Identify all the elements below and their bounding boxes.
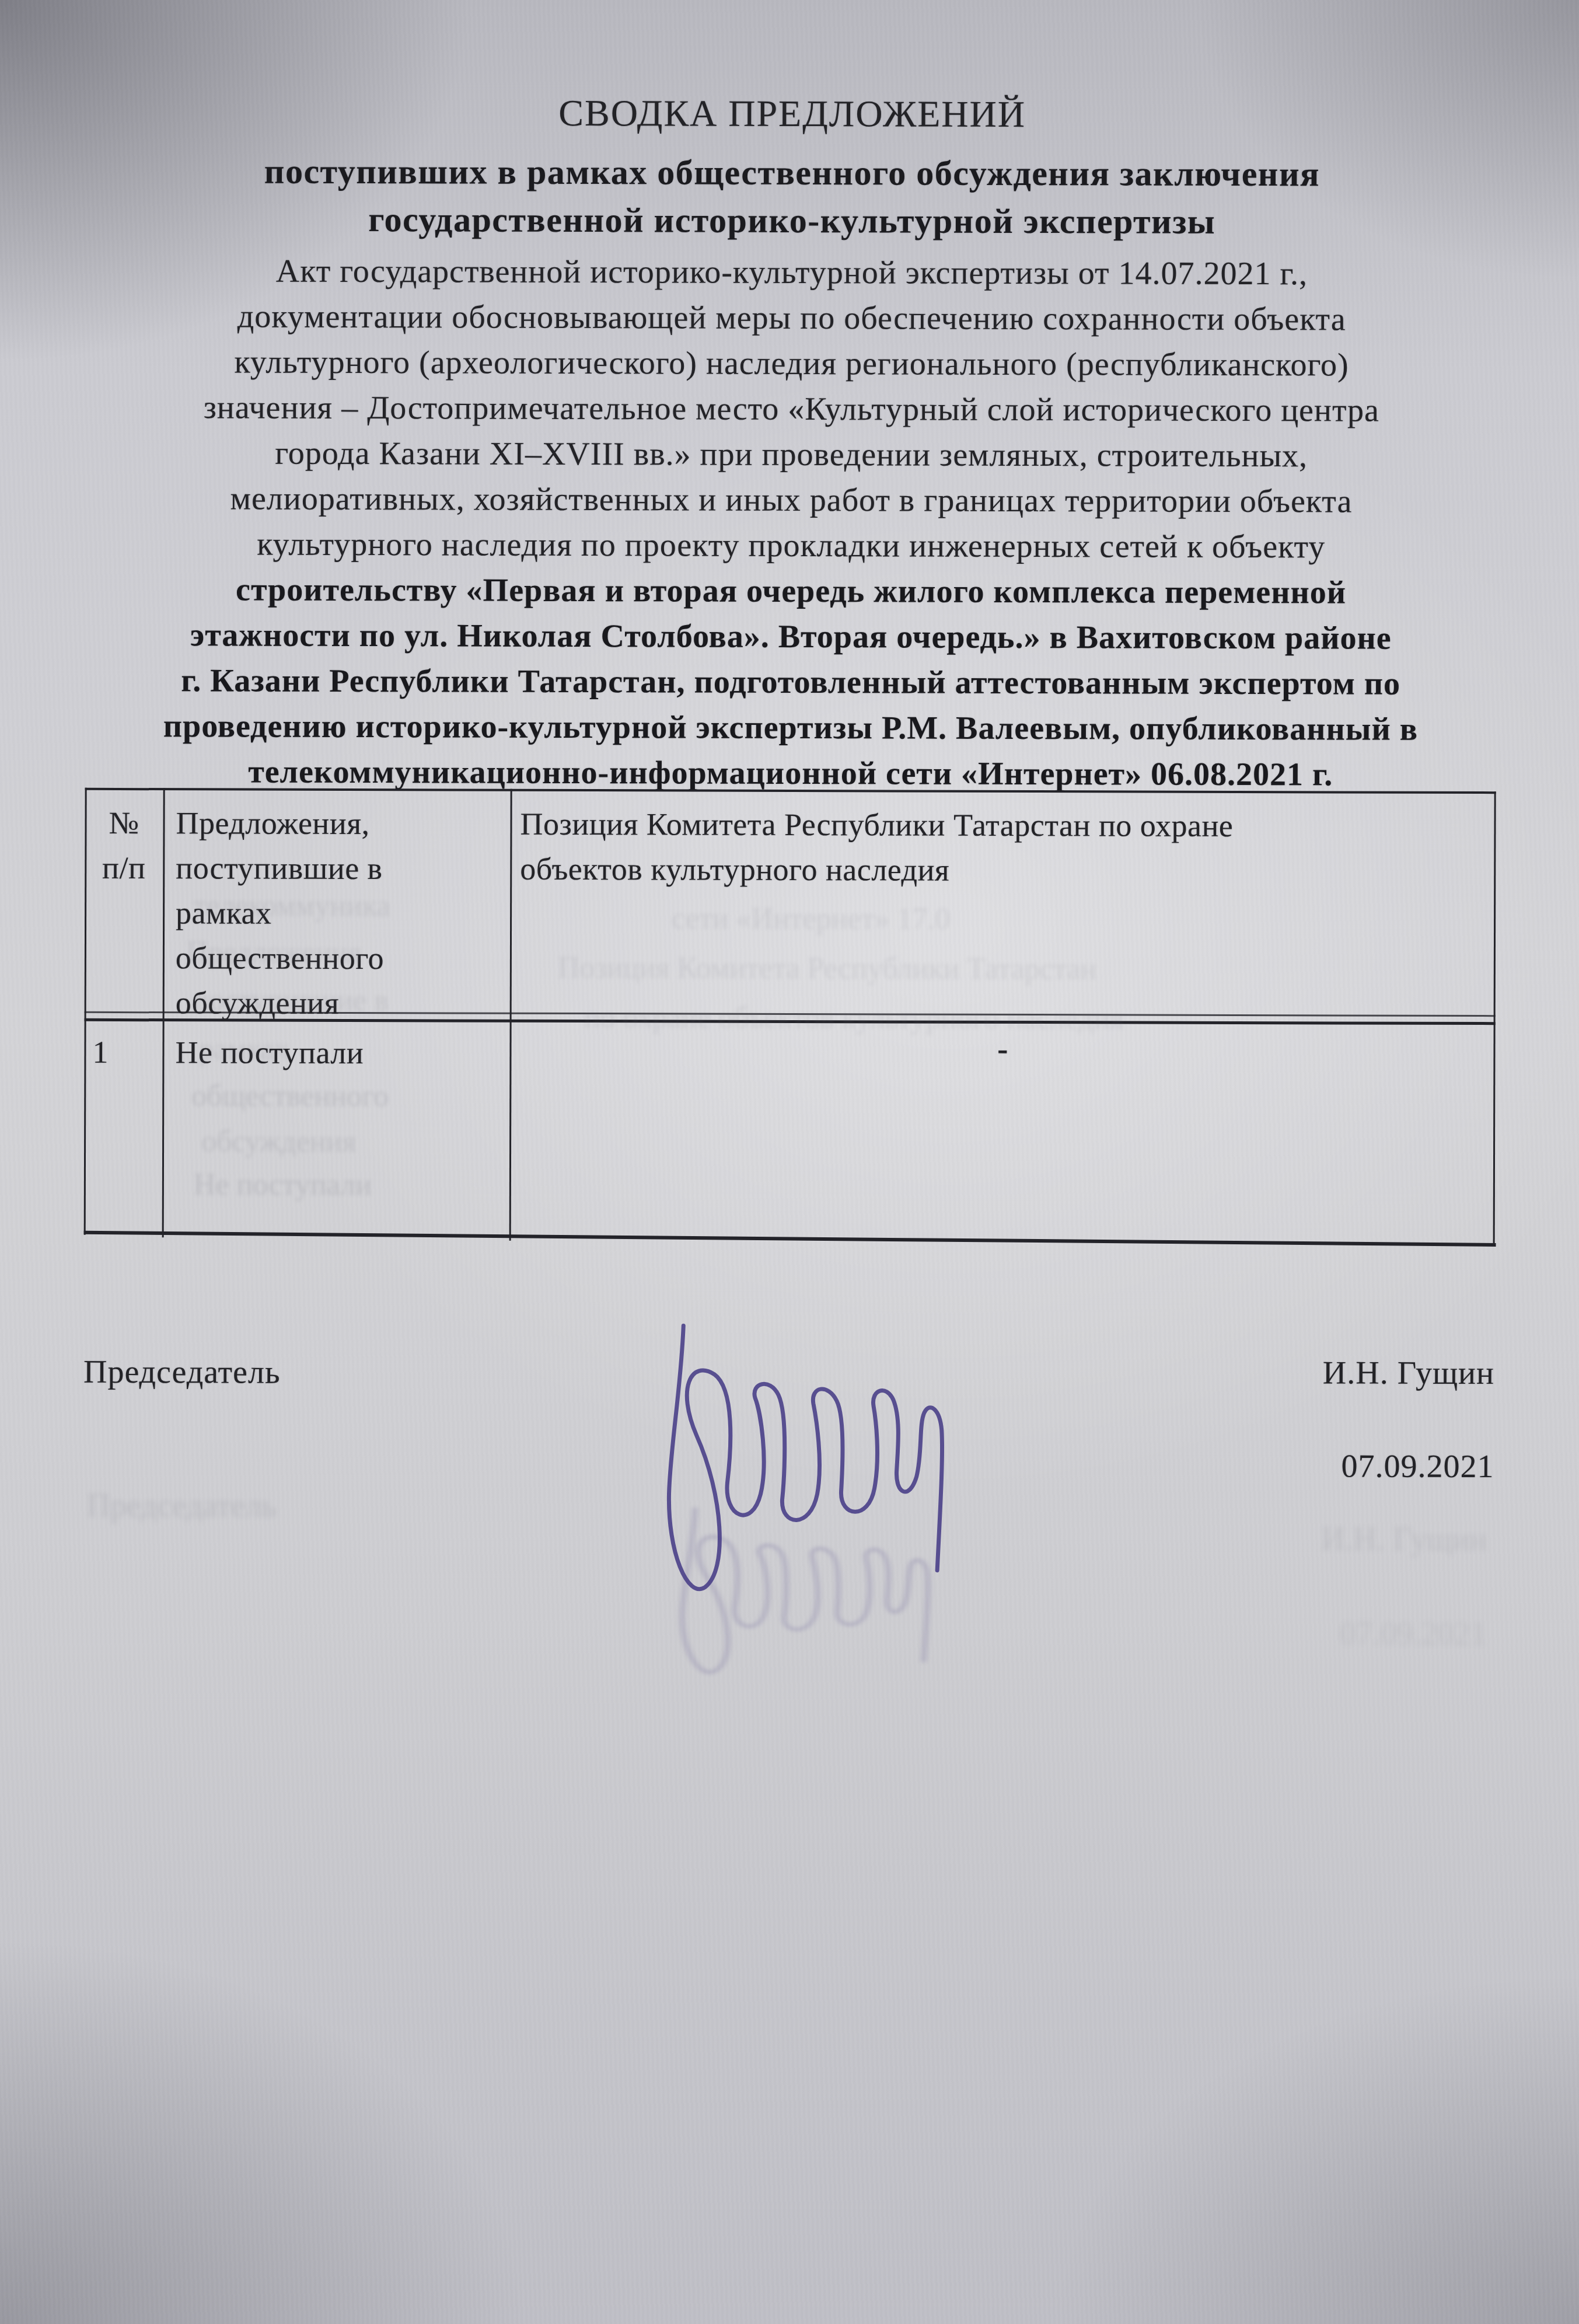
row-cell-num: 1	[92, 1030, 156, 1075]
document-content: СВОДКА ПРЕДЛОЖЕНИЙ поступивших в рамках …	[0, 0, 1579, 2324]
bleedthrough-date: 07.09.2021	[1143, 1613, 1487, 1655]
header-cell-position: Позиция Комитета Республики Татарстан по…	[520, 802, 1483, 894]
header-position-line: объектов культурного наследия	[520, 847, 1483, 894]
paragraph-line: проведению историко-культурной экспертиз…	[83, 703, 1498, 752]
signature-date: 07.09.2021	[1143, 1447, 1494, 1486]
header-position-line: Позиция Комитета Республики Татарстан по…	[520, 802, 1483, 849]
body-paragraph: Акт государственной историко-культурной …	[83, 248, 1500, 798]
paragraph-line: Акт государственной историко-культурной …	[84, 248, 1500, 297]
bleedthrough-text: поступившие в	[193, 980, 389, 1021]
bleedthrough-text: по охране объектов культурного наследия	[584, 997, 1124, 1039]
paragraph-line: документации обосновывающей меры по обес…	[84, 294, 1500, 343]
bleedthrough-text: телекоммуника	[193, 885, 390, 927]
bleedthrough-role: Председатель	[86, 1485, 277, 1527]
paragraph-line: культурного (археологического) наследия …	[83, 339, 1499, 388]
paragraph-line: культурного наследия по проекту прокладк…	[83, 521, 1499, 570]
table-border-bottom	[84, 1231, 1496, 1247]
header-proposals-line: Предложения,	[176, 801, 502, 846]
proposals-table: № п/п Предложения, поступившие в рамках …	[3, 0, 1579, 2]
signature-stroke	[669, 1325, 942, 1589]
paragraph-line: мелиоративных, хозяйственных и иных рабо…	[83, 476, 1499, 525]
bleedthrough-text: Позиция Комитета Республики Татарстан	[558, 948, 1097, 990]
bleedthrough-text: общественного	[191, 1076, 389, 1117]
table-border-right	[1493, 791, 1496, 1245]
header-num-line: п/п	[85, 846, 163, 891]
paragraph-line: г. Казани Республики Татарстан, подготов…	[83, 658, 1498, 707]
paragraph-line: значения – Достопримечательное место «Ку…	[83, 385, 1499, 434]
signature-role-label: Председатель	[83, 1353, 281, 1391]
header-proposals-line: поступившие в	[176, 846, 502, 891]
subtitle-line-1: поступивших в рамках общественного обсуж…	[84, 151, 1500, 195]
header-cell-num: № п/п	[85, 801, 163, 891]
header-num-line: №	[85, 801, 163, 846]
signature-name: И.Н. Гущин	[1143, 1354, 1494, 1393]
scanned-document-page: СВОДКА ПРЕДЛОЖЕНИЙ поступивших в рамках …	[0, 0, 1579, 2324]
table-column-separator-2	[509, 789, 512, 1241]
bleedthrough-text: Предложения	[186, 932, 362, 973]
subtitle-line-2: государственной историко-культурной эксп…	[84, 199, 1500, 243]
paragraph-line: этажности по ул. Николая Столбова». Втор…	[83, 612, 1498, 661]
paragraph-line: города Казани XI–XVIII вв.» при проведен…	[83, 430, 1499, 479]
bleedthrough-text: рамках	[198, 1029, 289, 1070]
signature-image	[628, 1301, 991, 1722]
page-title: СВОДКА ПРЕДЛОЖЕНИЙ	[85, 90, 1500, 137]
paragraph-line: строительству «Первая и вторая очередь ж…	[83, 567, 1498, 616]
bleedthrough-text: сети «Интернет» 17.0	[672, 898, 950, 940]
bleedthrough-text: Не поступали	[194, 1164, 372, 1206]
bleedthrough-text: обсуждения	[201, 1121, 356, 1163]
bleedthrough-name: И.Н. Гущин	[1143, 1519, 1487, 1561]
